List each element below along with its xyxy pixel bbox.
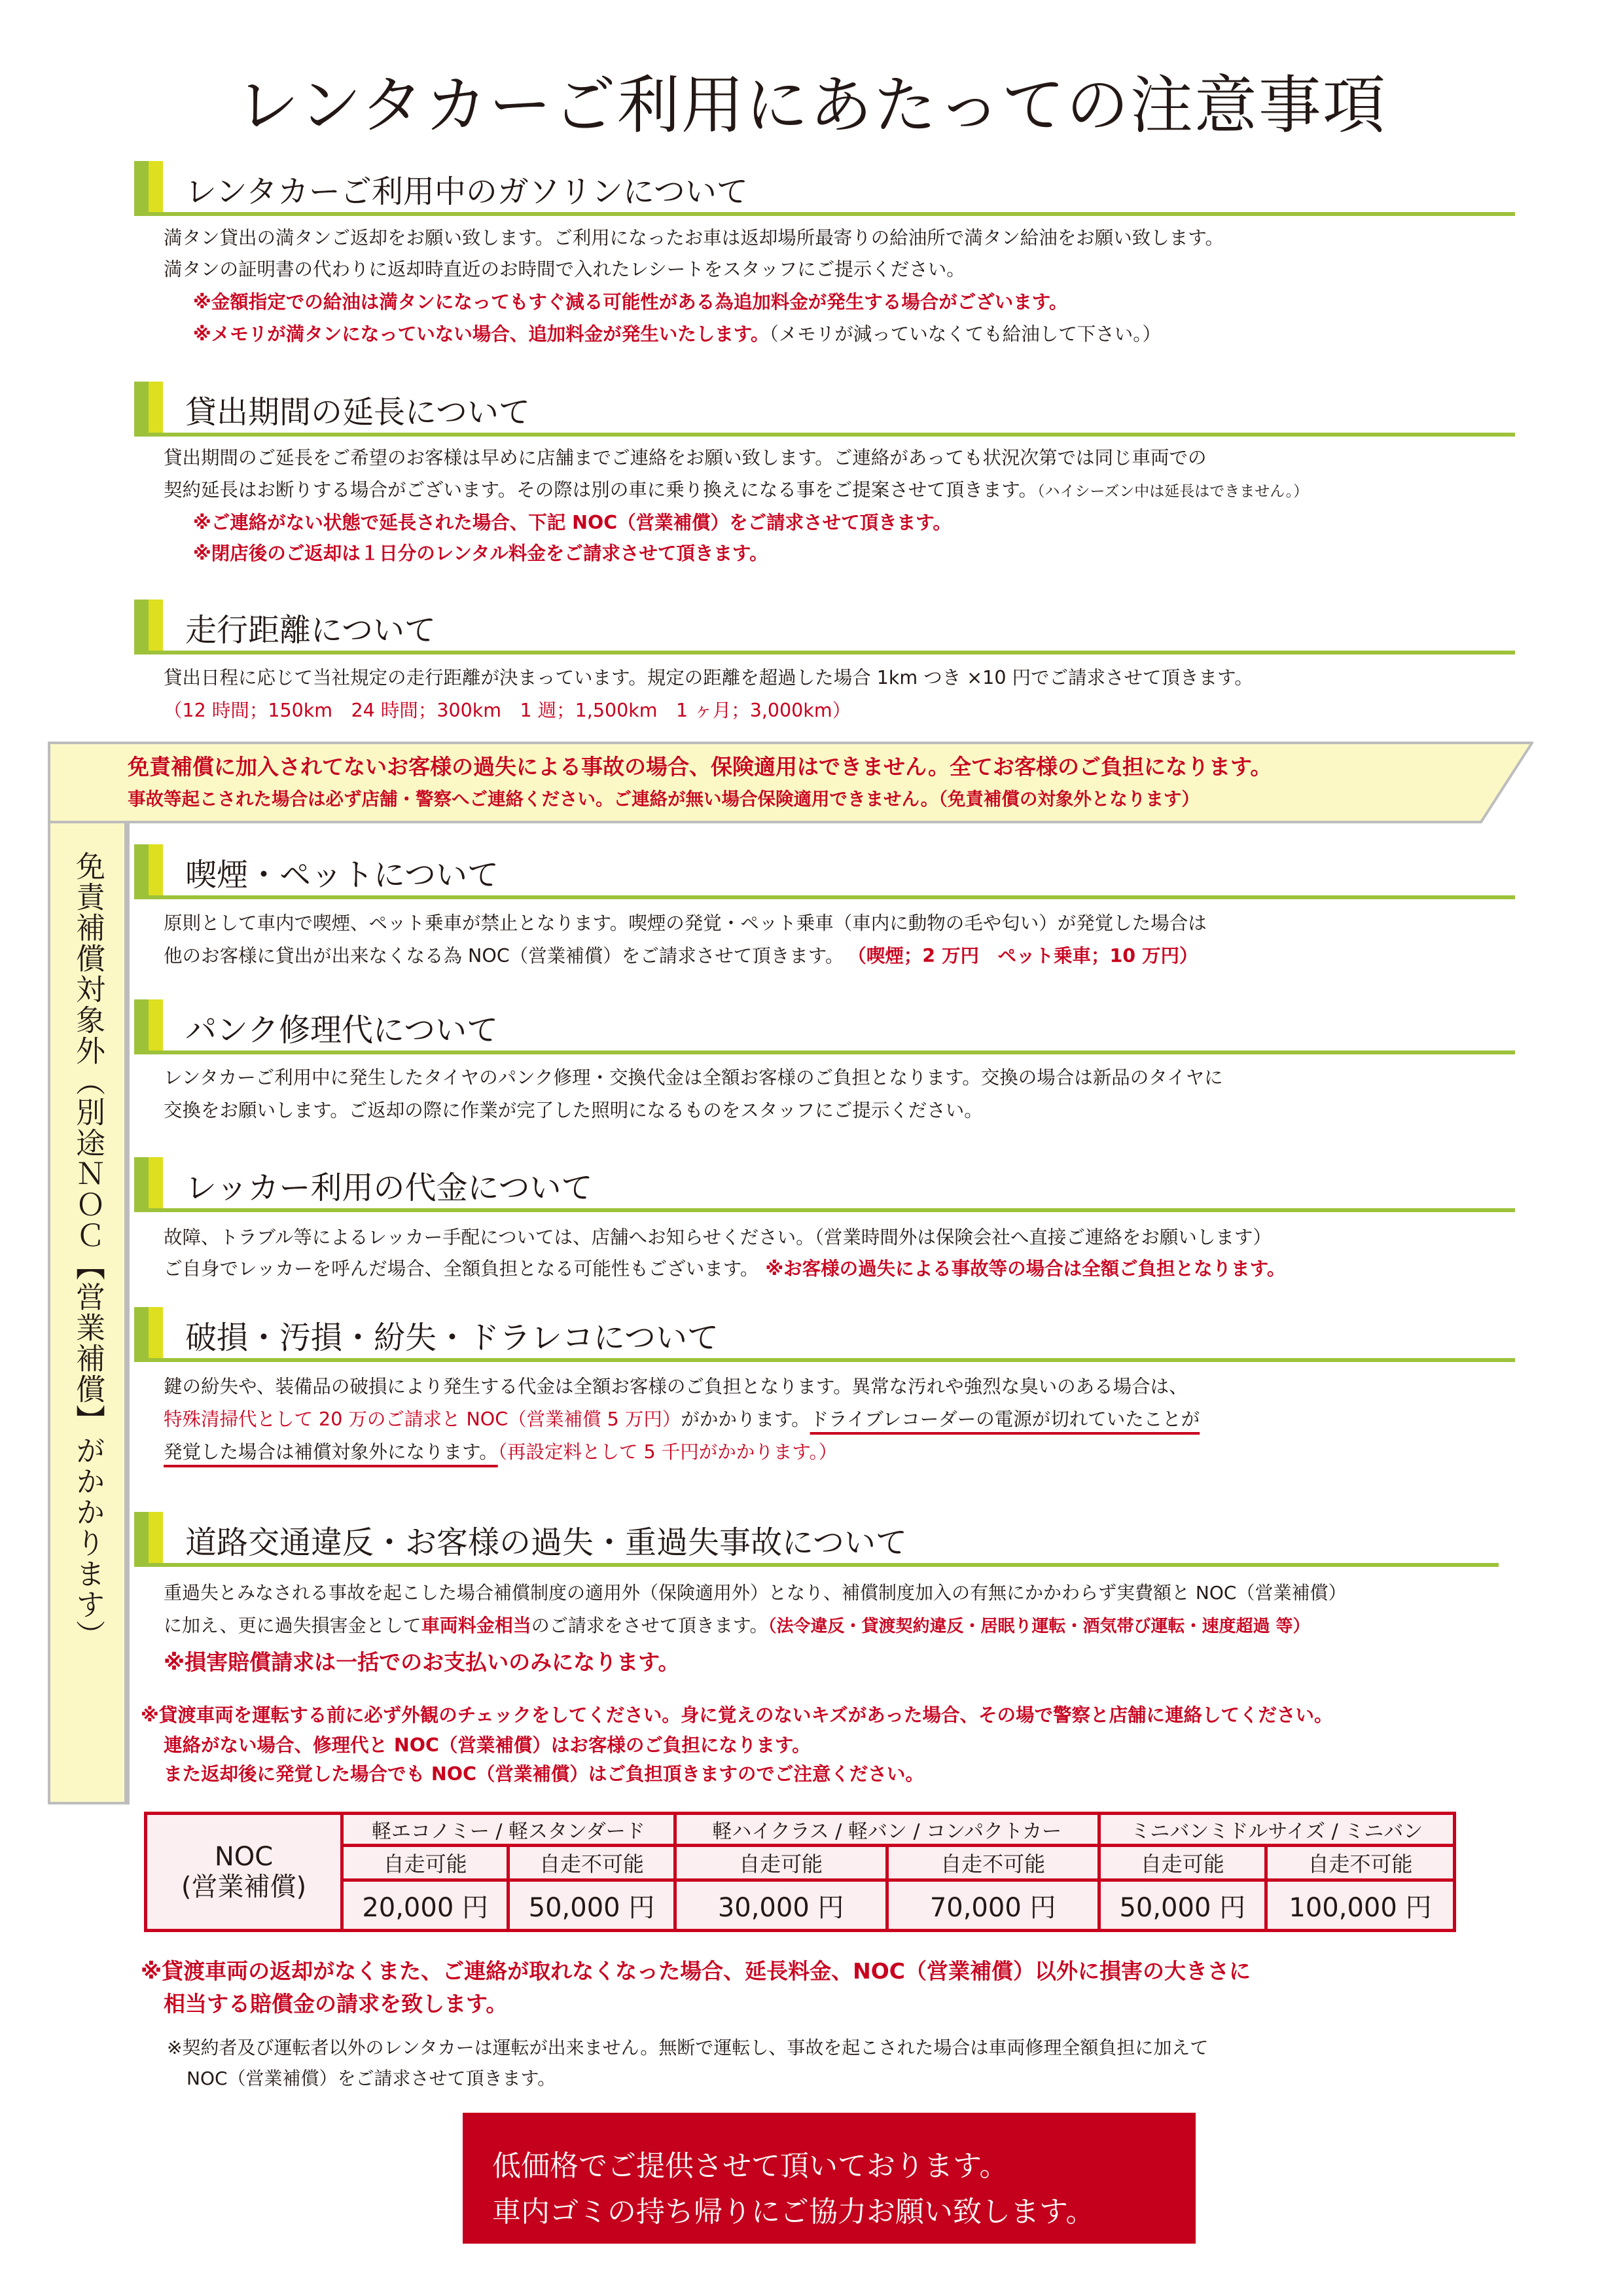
extension-note-1: ※ご連絡がない状態で延長された場合、下記 NOC（営業補償）をご請求させて頂きま… xyxy=(193,514,952,533)
damage-text-3: 発覚した場合は補償対象外になります。（再設定料として 5 千円がかかります。） xyxy=(164,1443,837,1462)
gasoline-note-1: ※金額指定での給油は満タンになってもすぐ減る可能性がある為追加料金が発生する場合… xyxy=(193,293,1067,312)
gasoline-note-2: ※メモリが満タンになっていない場合、追加料金が発生いたします。（メモリが減ってい… xyxy=(193,325,1161,344)
puncture-text-2: 交換をお願いします。ご返却の際に作業が完了した照明になるものをスタッフにご提示く… xyxy=(164,1102,983,1121)
category-header: 軽エコノミー / 軽スタンダード xyxy=(342,1814,675,1846)
gasoline-text-1: 満タン貸出の満タンご返却をお願い致します。ご利用になったお車は返却場所最寄りの給… xyxy=(164,229,1224,248)
inspection-note-1: ※貸渡車両を運転する前に必ず外観のチェックをしてください。身に覚えのないキズがあ… xyxy=(141,1706,1333,1725)
extension-note-2: ※閉店後のご返却は１日分のレンタル料金をご請求させて頂きます。 xyxy=(193,545,768,564)
section-heading-mileage: 走行距離について xyxy=(134,600,1515,655)
trash-request-box: 低価格でご提供させて頂いております。 車内ゴミの持ち帰りにご協力お願い致します。 xyxy=(463,2113,1196,2244)
damage-text-2: 特殊清掃代として 20 万のご請求と NOC（営業補償 5 万円）がかかります。… xyxy=(164,1410,1200,1429)
tow-text-1: 故障、トラブル等によるレッカー手配については、店舗へお知らせください。（営業時間… xyxy=(164,1229,1272,1247)
extension-text-1: 貸出期間のご延長をご希望のお客様は早めに店舗までご連絡をお願い致します。ご連絡が… xyxy=(164,449,1206,468)
footer-line-2: 車内ゴミの持ち帰りにご協力お願い致します。 xyxy=(492,2188,1094,2230)
damage-text-1: 鍵の紛失や、装備品の破損により発生する代金は全額お客様のご負担となります。異常な… xyxy=(164,1378,1188,1397)
sub-header: 自走不可能 xyxy=(508,1846,675,1880)
driver-note-1: ※契約者及び運転者以外のレンタカーは運転が出来ません。無断で運転し、事故を起こさ… xyxy=(167,2039,1208,2057)
sub-header: 自走可能 xyxy=(342,1846,508,1880)
non-return-note-1: ※貸渡車両の返却がなくまた、ご連絡が取れなくなった場合、延長料金、NOC（営業補… xyxy=(141,1960,1251,1982)
smoking-text-1: 原則として車内で喫煙、ペット乗車が禁止となります。喫煙の発覚・ペット乗車（車内に… xyxy=(164,914,1207,933)
non-return-note-2: 相当する賠償金の請求を致します。 xyxy=(164,1993,507,2015)
section-heading-puncture: パンク修理代について xyxy=(134,999,1515,1054)
fee-value: 100,000 円 xyxy=(1266,1880,1454,1931)
mileage-limits: （12 時間；150km 24 時間；300km 1 週；1,500km 1 ヶ… xyxy=(164,702,851,721)
violations-text-2: に加え、更に過失損害金として車両料金相当のご請求をさせて頂きます。（法令違反・貸… xyxy=(164,1617,1310,1635)
section-heading-tow: レッカー利用の代金について xyxy=(134,1157,1515,1212)
gasoline-text-2: 満タンの証明書の代わりに返却時直近のお時間で入れたレシートをスタッフにご提示くだ… xyxy=(164,260,965,279)
heading-underline xyxy=(134,212,1515,216)
section-heading-gasoline: レンタカーご利用中のガソリンについて xyxy=(134,161,1515,216)
violations-note: ※損害賠償請求は一括でのお支払いのみになります。 xyxy=(164,1651,679,1673)
side-panel-divider xyxy=(124,823,127,1802)
heading-accent-bar xyxy=(149,161,163,216)
footer-line-1: 低価格でご提供させて頂いております。 xyxy=(492,2142,1008,2184)
heading-accent-bar xyxy=(134,161,149,216)
violations-text-1: 重過失とみなされる事故を起こした場合補償制度の適用外（保険適用外）となり、補償制… xyxy=(164,1584,1346,1602)
fee-value: 30,000 円 xyxy=(675,1880,887,1931)
section-heading-extension: 貸出期間の延長について xyxy=(134,382,1515,437)
fee-value: 50,000 円 xyxy=(1099,1880,1266,1931)
puncture-text-1: レンタカーご利用中に発生したタイヤのパンク修理・交換代金は全額お客様のご負担とな… xyxy=(164,1069,1223,1088)
fee-value: 70,000 円 xyxy=(887,1880,1099,1931)
category-header: 軽ハイクラス / 軽バン / コンパクトカー xyxy=(675,1814,1099,1846)
sub-header: 自走不可能 xyxy=(1266,1846,1454,1880)
section-heading-damage: 破損・汚損・紛失・ドラレコについて xyxy=(134,1307,1515,1362)
sub-header: 自走可能 xyxy=(675,1846,887,1880)
tow-text-2: ご自身でレッカーを呼んだ場合、全額負担となる可能性もございます。※お客様の過失に… xyxy=(164,1260,1285,1279)
inspection-note-3: また返却後に発覚した場合でも NOC（営業補償）はご負担頂きますのでご注意くださ… xyxy=(164,1765,924,1784)
smoking-text-2: 他のお客様に貸出が出来なくなる為 NOC（営業補償）をご請求させて頂きます。（喫… xyxy=(164,947,1198,966)
page-title: レンタカーご利用にあたっての注意事項 xyxy=(0,56,1623,145)
section-heading-smoking-pets: 喫煙・ペットについて xyxy=(134,844,1515,899)
extension-text-2: 契約延長はお断りする場合がございます。その際は別の車に乗り換えになる事をご提案さ… xyxy=(164,481,1308,500)
section-heading-violations: 道路交通違反・お客様の過失・重過失事故について xyxy=(134,1512,1499,1567)
driver-note-2: NOC（営業補償）をご請求させて頂きます。 xyxy=(187,2070,556,2088)
sub-header: 自走不可能 xyxy=(887,1846,1099,1880)
fee-value: 50,000 円 xyxy=(508,1880,675,1931)
noc-fee-table: NOC (営業補償) 軽エコノミー / 軽スタンダード 軽ハイクラス / 軽バン… xyxy=(144,1812,1456,1932)
mileage-text: 貸出日程に応じて当社規定の走行距離が決まっています。規定の距離を超過した場合 1… xyxy=(164,669,1253,688)
category-header: ミニバンミドルサイズ / ミニバン xyxy=(1099,1814,1454,1846)
noc-exclusion-label: 免責補償対象外（別途ＮＯＣ【営業補償】がかかります） xyxy=(52,851,123,1651)
noc-label-cell: NOC (営業補償) xyxy=(146,1814,342,1931)
sub-header: 自走可能 xyxy=(1099,1846,1266,1880)
banner-line-1: 免責補償に加入されてないお客様の過失による事故の場合、保険適用はできません。全て… xyxy=(128,756,1272,778)
banner-line-2: 事故等起こされた場合は必ず店舗・警察へご連絡ください。ご連絡が無い場合保険適用で… xyxy=(128,791,1200,809)
inspection-note-2: 連絡がない場合、修理代と NOC（営業補償）はお客様のご負担になります。 xyxy=(164,1736,811,1755)
fee-value: 20,000 円 xyxy=(342,1880,508,1931)
